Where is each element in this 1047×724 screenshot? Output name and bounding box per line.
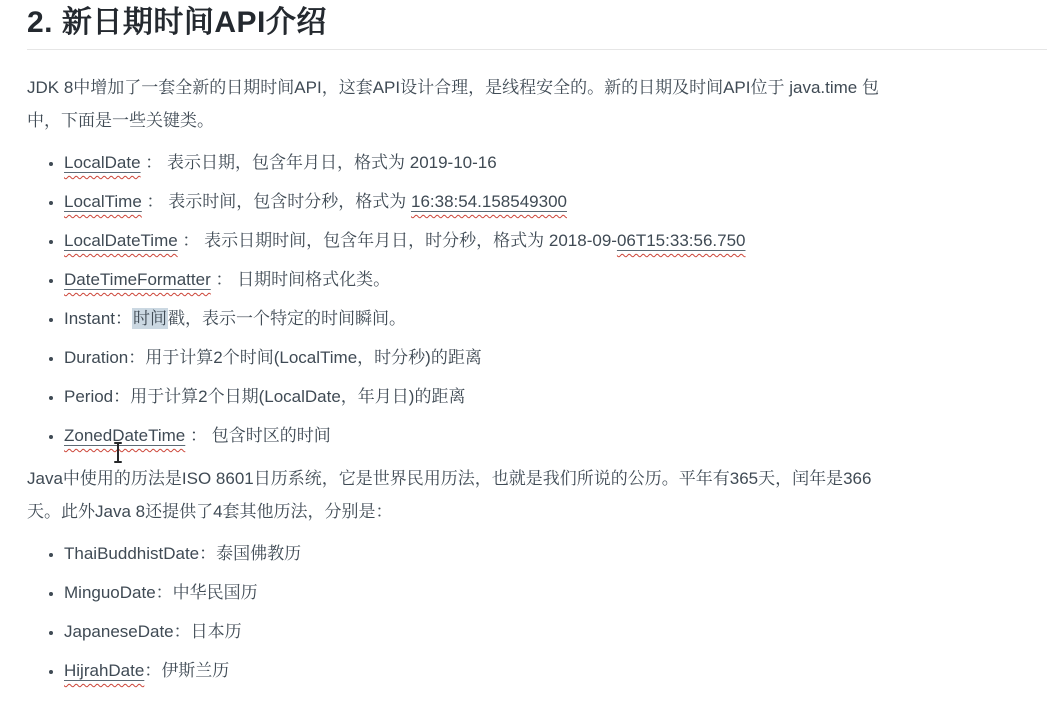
item-description: 用于计算2个日期(LocalDate，年月日)的距离 [130,387,465,406]
item-description: 日期时间格式化类。 [237,270,390,289]
list-item-localtime[interactable]: LocalTime ： 表示时间，包含时分秒，格式为 16:38:54.1585… [64,189,1017,215]
misspelled-datetime-value: 06T15:33:56.750 [617,231,746,250]
list-item-minguodate[interactable]: MinguoDate：中华民国历 [64,580,1017,606]
paragraph-line: 中，下面是一些关键类。 [27,104,1017,137]
list-item-datetimeformatter[interactable]: DateTimeFormatter ： 日期时间格式化类。 [64,267,1017,293]
misspelled-time-value: 16:38:54.158549300 [411,192,567,211]
misspelled-class-name: LocalDate [64,153,141,172]
term-separator: ： [115,309,132,328]
item-description: 中华民国历 [173,583,258,602]
term-separator: ： [144,661,161,680]
key-classes-list: LocalDate ： 表示日期，包含年月日，格式为 2019-10-16 Lo… [27,150,1017,449]
class-name: Duration [64,348,128,367]
list-item-thaibuddhistdate[interactable]: ThaiBuddhistDate：泰国佛教历 [64,541,1017,567]
misspelled-class-name: HijrahDate [64,661,144,680]
list-item-period[interactable]: Period：用于计算2个日期(LocalDate，年月日)的距离 [64,384,1017,410]
misspelled-class-name: LocalTime [64,192,142,211]
item-description: 表示日期时间，包含年月日，时分秒，格式为 2018-09- [204,231,617,250]
class-name: JapaneseDate [64,622,174,641]
item-description: 日本历 [191,622,242,641]
item-description: 包含时区的时间 [212,426,331,445]
term-separator: ： [128,348,145,367]
list-item-instant[interactable]: Instant：时间戳，表示一个特定的时间瞬间。 [64,306,1017,332]
term-separator: ： [174,622,191,641]
term-separator: ： [156,583,173,602]
other-calendars-list: ThaiBuddhistDate：泰国佛教历 MinguoDate：中华民国历 … [27,541,1017,684]
term-separator: ： [199,544,216,563]
class-name: Period [64,387,113,406]
section-heading-text: 2. 新日期时间API介绍 [27,6,327,39]
document-page: 2. 新日期时间API介绍 JDK 8中增加了一套全新的日期时间API，这套AP… [0,0,1047,684]
item-description: 伊斯兰历 [161,661,229,680]
term-separator: ： [185,426,211,445]
section-heading[interactable]: 2. 新日期时间API介绍 [27,2,1047,50]
item-description: 表示时间，包含时分秒，格式为 [168,192,411,211]
class-name: ThaiBuddhistDate [64,544,199,563]
item-description: 表示日期，包含年月日，格式为 2019-10-16 [167,153,497,172]
class-name: Instant [64,309,115,328]
class-name: MinguoDate [64,583,156,602]
misspelled-class-name: LocalDateTime [64,231,178,250]
list-item-japanesedate[interactable]: JapaneseDate：日本历 [64,619,1017,645]
term-separator: ： [211,270,237,289]
misspelled-class-name: ZonedDateTime [64,426,185,445]
misspelled-class-name: DateTimeFormatter [64,270,211,289]
list-item-localdate[interactable]: LocalDate ： 表示日期，包含年月日，格式为 2019-10-16 [64,150,1017,176]
paragraph-line: 天。此外Java 8还提供了4套其他历法，分别是： [27,495,1017,528]
item-description: 泰国佛教历 [216,544,301,563]
term-separator: ： [141,153,167,172]
selected-text: 时间 [132,308,168,329]
item-description: 用于计算2个时间(LocalTime，时分秒)的距离 [145,348,482,367]
term-separator: ： [178,231,204,250]
list-item-duration[interactable]: Duration：用于计算2个时间(LocalTime，时分秒)的距离 [64,345,1017,371]
item-description: 戳，表示一个特定的时间瞬间。 [168,309,406,328]
calendar-paragraph[interactable]: Java中使用的历法是ISO 8601日历系统，它是世界民用历法，也就是我们所说… [27,462,1017,528]
term-separator: ： [142,192,168,211]
intro-paragraph[interactable]: JDK 8中增加了一套全新的日期时间API，这套API设计合理，是线程安全的。新… [27,71,1017,137]
term-separator: ： [113,387,130,406]
list-item-hijrahdate[interactable]: HijrahDate：伊斯兰历 [64,658,1017,684]
paragraph-line: Java中使用的历法是ISO 8601日历系统，它是世界民用历法，也就是我们所说… [27,462,1017,495]
paragraph-line: JDK 8中增加了一套全新的日期时间API，这套API设计合理，是线程安全的。新… [27,71,1017,104]
list-item-localdatetime[interactable]: LocalDateTime ： 表示日期时间，包含年月日，时分秒，格式为 201… [64,228,1017,254]
list-item-zoneddatetime[interactable]: ZonedDateTime ： 包含时区的时间 [64,423,1017,449]
